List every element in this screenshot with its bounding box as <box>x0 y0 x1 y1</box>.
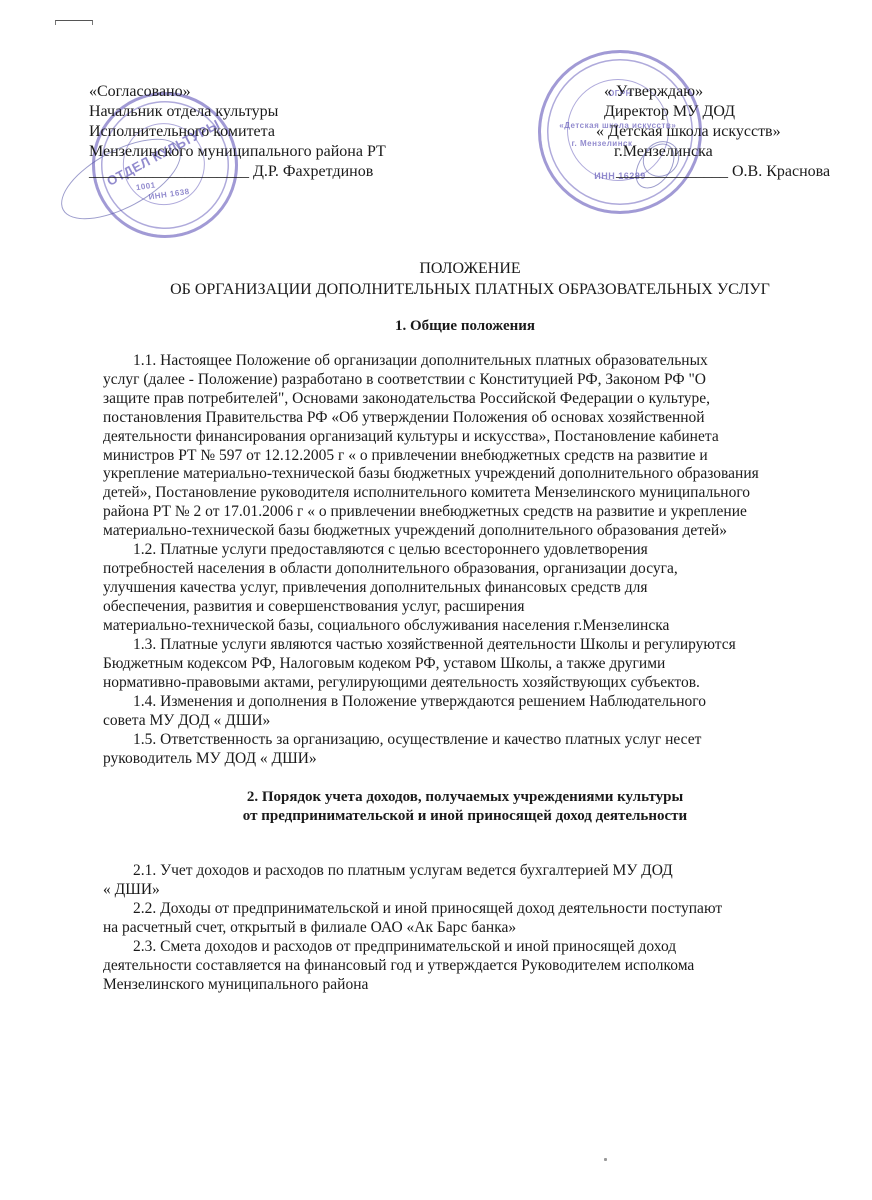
document-subtitle: ОБ ОРГАНИЗАЦИИ ДОПОЛНИТЕЛЬНЫХ ПЛАТНЫХ ОБ… <box>0 280 872 299</box>
signature-line: ____________________ <box>89 163 249 180</box>
section-1-heading: 1. Общие положения <box>0 316 872 336</box>
approved-position: Директор МУ ДОД <box>604 102 818 122</box>
text-line: 2.2. Доходы от предпринимательской и ино… <box>103 900 825 919</box>
text-line: укрепление материально-технической базы … <box>103 465 825 484</box>
section-2-heading-line1: 2. Порядок учета доходов, получаемых учр… <box>0 787 872 807</box>
text-line: 1.1. Настоящее Положение об организации … <box>103 352 825 371</box>
text-line: 1.2. Платные услуги предоставляются с це… <box>103 541 825 560</box>
agreed-org-line1: Исполнительного комитета <box>89 122 386 142</box>
agreed-signature-row: ____________________ Д.Р. Фахретдинов <box>89 162 386 182</box>
paragraph-1-1: 1.1. Настоящее Положение об организации … <box>103 352 825 541</box>
text-line: руководитель МУ ДОД « ДШИ» <box>103 750 825 769</box>
text-line: 2.3. Смета доходов и расходов от предпри… <box>103 938 825 957</box>
approved-signature-row: ______________ О.В. Краснова <box>616 162 830 182</box>
text-line: 1.3. Платные услуги являются частью хозя… <box>103 636 825 655</box>
approved-signatory: О.В. Краснова <box>732 163 830 180</box>
text-line: услуг (далее - Положение) разработано в … <box>103 371 825 390</box>
signature-line: ______________ <box>616 163 728 180</box>
text-line: улучшения качества услуг, привлечения до… <box>103 579 825 598</box>
text-line: материально-технической базы бюджетных у… <box>103 522 825 541</box>
document-title: ПОЛОЖЕНИЕ <box>0 259 872 278</box>
paragraph-2-2: 2.2. Доходы от предпринимательской и ино… <box>103 900 825 938</box>
approved-label: « Утверждаю» <box>604 82 818 102</box>
text-line: « ДШИ» <box>103 881 825 900</box>
text-line: Бюджетным кодексом РФ, Налоговым кодеком… <box>103 655 825 674</box>
text-line: материально-технической базы, социальног… <box>103 617 825 636</box>
text-line: совета МУ ДОД « ДШИ» <box>103 712 825 731</box>
approval-block-agreed: «Согласовано» Начальник отдела культуры … <box>89 82 386 182</box>
section-2-heading-line2: от предпринимательской и иной приносящей… <box>0 806 872 826</box>
text-line: нормативно-правовыми актами, регулирующи… <box>103 674 825 693</box>
approved-org-line1: « Детская школа искусств» <box>596 122 810 142</box>
text-line: постановления Правительства РФ «Об утвер… <box>103 409 825 428</box>
text-line: министров РТ № 597 от 12.12.2005 г « о п… <box>103 447 825 466</box>
approved-org-line2: г.Мензелинска <box>614 142 828 162</box>
paragraph-1-4: 1.4. Изменения и дополнения в Положение … <box>103 693 825 731</box>
agreed-position: Начальник отдела культуры <box>89 102 386 122</box>
agreed-org-line2: Мензелинского муниципального района РТ <box>89 142 386 162</box>
text-line: района РТ № 2 от 17.01.2006 г « о привле… <box>103 503 825 522</box>
paragraph-1-5: 1.5. Ответственность за организацию, осу… <box>103 731 825 769</box>
paragraph-2-1: 2.1. Учет доходов и расходов по платным … <box>103 862 825 900</box>
text-line: на расчетный счет, открытый в филиале ОА… <box>103 919 825 938</box>
text-line: Мензелинского муниципального района <box>103 976 825 995</box>
text-line: деятельности финансирования организаций … <box>103 428 825 447</box>
scan-corner-mark <box>55 20 93 25</box>
text-line: обеспечения, развития и совершенствовани… <box>103 598 825 617</box>
text-line: 1.4. Изменения и дополнения в Положение … <box>103 693 825 712</box>
text-line: деятельности составляется на финансовый … <box>103 957 825 976</box>
paragraph-2-3: 2.3. Смета доходов и расходов от предпри… <box>103 938 825 995</box>
text-line: потребностей населения в области дополни… <box>103 560 825 579</box>
approval-block-approved: « Утверждаю» Директор МУ ДОД « Детская ш… <box>604 82 818 182</box>
agreed-label: «Согласовано» <box>89 82 386 102</box>
text-line: 2.1. Учет доходов и расходов по платным … <box>103 862 825 881</box>
text-line: детей», Постановление руководителя испол… <box>103 484 825 503</box>
text-line: защите прав потребителей", Основами зако… <box>103 390 825 409</box>
agreed-signatory: Д.Р. Фахретдинов <box>253 163 373 180</box>
text-line: 1.5. Ответственность за организацию, осу… <box>103 731 825 750</box>
scan-speck <box>604 1158 607 1161</box>
paragraph-1-3: 1.3. Платные услуги являются частью хозя… <box>103 636 825 693</box>
paragraph-1-2: 1.2. Платные услуги предоставляются с це… <box>103 541 825 636</box>
